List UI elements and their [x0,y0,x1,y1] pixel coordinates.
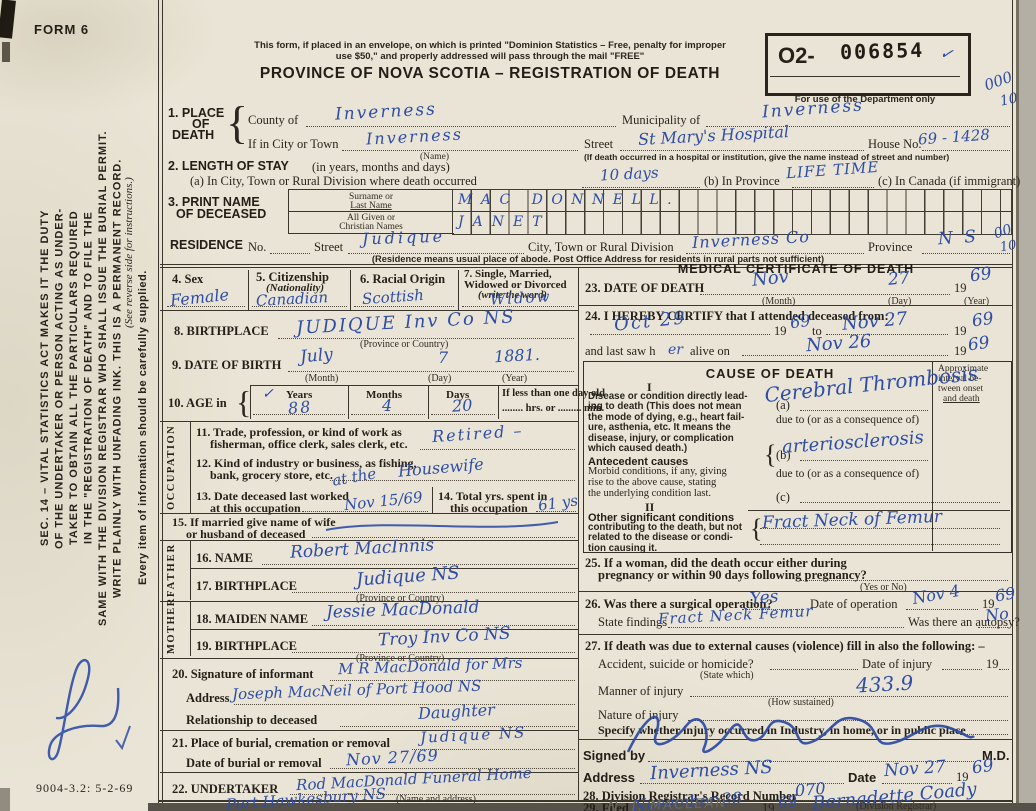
s2c-label: (c) In Canada (if immigrant) [878,174,1020,189]
marital-status-value: Widow [490,287,552,308]
autopsy-value: No [984,604,1009,625]
mother-vertical-label: MOTHER [166,603,177,654]
last-saw-value: Nov 26 [805,331,872,357]
last-saw-year: 69 [967,333,991,356]
s2a-label: (a) In City, Town or Rural Division wher… [190,174,477,189]
birthplace-value: JUDIQUE Inv Co NS [296,306,517,338]
street-note: (If death occurred in a hospital or inst… [584,152,949,162]
s26-date-label: Date of operation [810,597,897,612]
dotted-line [922,150,1010,151]
signed-address-label: Address [583,770,635,785]
dotted-line [582,187,700,188]
occupation-vertical-label: OCCUPATION [166,423,177,511]
s29-note: (Division Registrar) [856,801,936,811]
s8-label: 8. BIRTHPLACE [174,324,269,339]
scan-blot-topleft-2 [2,42,10,62]
print-code: 9004-3.2: 5-2-69 [36,781,133,796]
s20-address-label: Address [186,691,230,706]
stamped-number: 006854 [840,38,925,64]
death-day-value: 27 [887,268,910,290]
spouse-dash-scribble [322,516,562,536]
filed-year-value: 69 [777,792,798,811]
s9-day-note: (Day) [428,373,451,384]
column-divider [578,267,579,800]
dotted-line [342,150,578,151]
father-vertical-label: FATHER [166,542,177,598]
statute-line: IN THE "REGISTRATION OF DEATH" AND TO FI… [82,92,97,664]
s10-label: 10. AGE in [168,396,227,411]
scan-blot-topleft [0,0,16,39]
s20-relationship-label: Relationship to deceased [186,713,317,728]
mailing-note-line1: This form, if placed in an envelope, on … [205,40,775,51]
dotted-line [770,669,858,670]
corner-ink-scribble [38,648,138,768]
s23-year-pre: 19 [954,281,967,296]
s13-s14-divider [432,487,433,513]
residence-no-label: No. [248,240,266,255]
interval-header-4: and death [943,394,980,404]
age-cell-line [428,385,429,419]
age-years-value: 88 [287,397,313,418]
signed-date-label: Date [848,770,876,785]
burial-date-value: Nov 27/69 [346,746,440,770]
surname-value: MAC DONNELL. [458,192,680,208]
s26-findings-label: State findings [598,615,667,630]
dotted-line [312,625,575,626]
s8-note: (Province or Country) [360,339,448,350]
city-town-value: Inverness [366,124,464,148]
box-inner-line [770,76,960,77]
dotted-line [978,627,1008,628]
s21-label: 21. Place of burial, cremation or remova… [172,736,390,751]
s3-label-2: OF DECEASED [176,207,266,221]
operation-date-value: Nov 4 [911,581,962,608]
dotted-line [800,580,1008,581]
house-no-label: House No. [868,137,921,152]
dotted-line [800,460,928,461]
cell-line [458,270,459,310]
every-item-note: Every item of information should be care… [137,210,149,646]
dotted-line [668,627,904,628]
s21-date-label: Date of burial or removal [186,756,322,771]
street-label: Street [584,137,613,152]
s27-manner-label: Manner of injury [598,684,683,699]
dotted-line [999,669,1009,670]
dotted-line [420,449,575,450]
attended-from-year: 69 [789,311,812,333]
form-right-border [1012,0,1013,803]
citizenship-value: Canadian [256,288,329,310]
name-grid-top [288,189,454,190]
dotted-line [742,355,948,356]
death-month-value: Nov [751,266,790,291]
age-box-top [250,385,578,386]
statute-sidebar-text: SEC. 14 – VITAL STATISTICS ACT MAKES IT … [38,92,126,664]
statute-line: OF THE UNDERTAKER OR PERSON ACTING AS UN… [53,92,68,664]
s27-state-which-note: (State which) [700,670,754,681]
age-cell-line [498,385,499,419]
form-left-border [158,0,159,803]
other-brace: { [750,514,762,544]
racial-origin-value: Scottish [361,286,424,308]
row-line [578,634,1012,635]
cause-paragraph-1: Disease or condition directly lead- ing … [588,392,768,454]
s27-label: 27. If death was due to external causes … [585,639,985,654]
s22-note: (Name and address) [396,794,476,805]
birth-day-value: 7 [438,348,448,367]
county-label: County of [248,113,298,128]
mother-birthplace-value: Troy Inv Co NS [378,624,511,651]
dotted-line [792,187,874,188]
form-number: FORM 6 [34,22,89,37]
birth-month-value: July [299,345,333,368]
s24-pre1: 19 [774,324,787,339]
s19-label: 19. BIRTHPLACE [196,639,297,654]
occ-label-cell-line [190,421,191,513]
given-names-value: JANET [458,214,551,230]
statute-line: SAME WITH THE DIVISION REGISTRAR WHO SHA… [96,92,111,664]
dotted-line [234,704,575,705]
age-months-value: 4 [382,396,392,415]
house-no-value: 69 - 1428 [917,126,990,149]
s16-label: 16. NAME [196,551,253,566]
statute-line: TAKER TO OBTAIN ALL THE PARTICULARS REQU… [67,92,82,664]
attended-to-year: 69 [971,309,995,332]
mailing-note-line2: use $50," and properly addressed will pa… [205,51,775,62]
s24-last-label2: alive on [690,344,730,359]
scan-edge-right [1016,0,1036,811]
dotted-line [312,537,575,538]
p2-line: rise to the above cause, stating [588,478,727,489]
s2-sub: (in years, months and days) [312,160,450,175]
form-title: PROVINCE OF NOVA SCOTIA – REGISTRATION O… [205,65,775,83]
reverse-side-note: (See reverse side for instructions.) [123,96,135,328]
residence-city-label: City, Town or Rural Division [528,240,674,255]
p1-line: which caused death.) [588,444,768,454]
occupation-value: Retired – [431,421,524,446]
s2a-value: 10 days [600,163,659,184]
surname-label-2: Last Name [292,201,450,211]
department-number-box: O2- 006854 ✓ [765,33,971,96]
stamp-checkmark: ✓ [938,43,955,64]
dotted-line [942,669,982,670]
birth-year-value: 1881. [494,345,541,366]
physician-signature-scribble [620,700,980,762]
hand-mark-res-lower: 10 [999,238,1018,256]
dotted-line [800,502,1000,503]
s1-label-3: DEATH [172,128,214,142]
row-line [160,513,578,514]
death-year-value: 69 [969,264,993,287]
informant-relationship-value: Daughter [418,700,496,723]
s17-label: 17. BIRTHPLACE [196,579,297,594]
age-years-check: ✓ [262,386,274,402]
form-left-border-2 [162,0,163,803]
statute-line: SEC. 14 – VITAL STATISTICS ACT MAKES IT … [38,92,53,664]
s12-label-2: bank, grocery store, etc. [210,468,333,483]
s9-label: 9. DATE OF BIRTH [172,358,281,373]
s10-brace: { [236,384,251,421]
father-label-cell-line [190,540,191,600]
row-line [578,305,1012,306]
residence-street-label: Street [314,240,343,255]
residence-label: RESIDENCE [170,238,243,252]
s4-label: 4. Sex [172,272,203,287]
s23-label: 23. DATE OF DEATH [585,281,704,296]
dotted-line [906,609,978,610]
age-days-value: 20 [451,395,473,415]
cause-b-brace: { [764,440,776,470]
medical-certificate-title: MEDICAL CERTIFICATE OF DEATH [580,262,1012,276]
dotted-line [288,371,574,372]
registration-of-death-scan: FORM 6 SEC. 14 – VITAL STATISTICS ACT MA… [0,0,1036,811]
s29-pre: 19 [762,801,775,811]
cause-due2: due to (or as a consequence of) [776,468,919,480]
cell-line [350,270,351,310]
s2-label: 2. LENGTH OF STAY [168,159,289,173]
dotted-line [760,544,1000,545]
s1-brace: { [226,96,248,149]
municipality-label: Municipality of [622,113,700,128]
s24-pre2: 19 [954,324,967,339]
s24-pre3: 19 [954,344,967,359]
operation-year-value: 69 [994,583,1017,605]
residence-province-label: Province [868,240,912,255]
age-cell-line [348,385,349,419]
s6-label: 6. Racial Origin [360,272,445,287]
county-value: Inverness [335,99,438,124]
cause-paragraph-2: Morbid conditions, if any, giving rise t… [588,467,727,499]
cause-due1: due to (or as a consequence of) [776,414,919,426]
s9-year-note: (Year) [502,373,527,384]
s11-label-2: fisherman, office clerk, sales clerk, et… [210,437,408,452]
dotted-line [620,150,864,151]
p2-line: the underlying condition last. [588,489,727,500]
scan-blot-bottomleft [0,788,10,811]
dotted-line [800,410,928,411]
s18-label: 18. MAIDEN NAME [196,612,308,627]
city-town-label: If in City or Town [248,137,339,152]
s27-injury-date-label: Date of injury [862,657,932,672]
cause-paragraph-3: contributing to the death, but not relat… [588,523,742,554]
cell-line [248,270,249,310]
dotted-line [700,294,950,295]
father-birthplace-value: Judique NS [355,562,460,590]
s2b-label: (b) In Province [704,174,780,189]
p3-line: tion causing it. [588,544,742,554]
signed-year-value: 69 [971,756,995,779]
last-saw-fill: er [668,342,683,358]
s20-label: 20. Signature of informant [172,667,313,682]
s24-last-label: and last saw h [585,344,655,359]
residence-street-value: Judique [362,227,446,249]
attended-to-value: Nov 27 [841,308,908,335]
s27-pre: 19 [986,657,999,672]
dotted-line [690,696,1008,697]
mother-name-value: Jessie MacDonald [326,597,480,622]
cause-c-label: (c) [776,490,790,505]
hand-mark-top-upper: 000 [982,68,1015,95]
signed-date-value: Nov 27 [883,757,946,781]
manner-code-value: 433.9 [855,671,913,698]
department-number-prefix: O2- [778,43,815,69]
residence-province-value: N S [937,227,979,250]
s9-month-note: (Month) [305,373,338,384]
